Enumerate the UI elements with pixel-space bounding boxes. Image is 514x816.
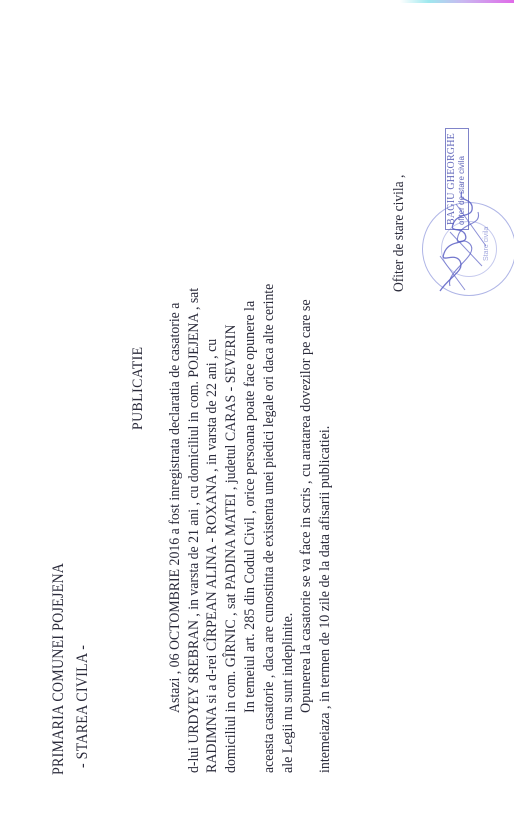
body-line-8: Opunerea la casatorie se va face in scri… xyxy=(297,299,315,713)
rotated-document-page: PRIMARIA COMUNEI POJEJENA - STAREA CIVIL… xyxy=(0,0,514,816)
document-title: PUBLICATIE xyxy=(130,346,147,430)
body-line-3: RADIMNA si a d-rei CÎRPEAN ALINA - ROXAN… xyxy=(203,339,221,773)
body-line-4: domiciliul in com. GÎRNIC , sat PADINA M… xyxy=(222,325,240,773)
header-department: - STAREA CIVILA - xyxy=(74,645,92,768)
officer-label: Ofiter de stare civila , xyxy=(391,175,408,292)
body-line-2: d-lui URDYEY SREBRAN , in varsta de 21 a… xyxy=(185,288,203,773)
body-line-1: Astazi , 06 OCTOMBRIE 2016 a fost inregi… xyxy=(166,303,184,713)
body-line-5: In temeiul art. 285 din Codul Civil , or… xyxy=(241,301,259,713)
header-institution: PRIMARIA COMUNEI POJEJENA xyxy=(50,563,68,775)
handwritten-signature-icon xyxy=(410,186,510,296)
body-line-6: aceasta casatorie , daca are cunostinta … xyxy=(260,284,278,773)
body-line-7: ale Legii nu sunt indeplinite. xyxy=(279,613,297,773)
body-line-9: intemeiaza , in termen de 10 zile de la … xyxy=(316,426,334,773)
